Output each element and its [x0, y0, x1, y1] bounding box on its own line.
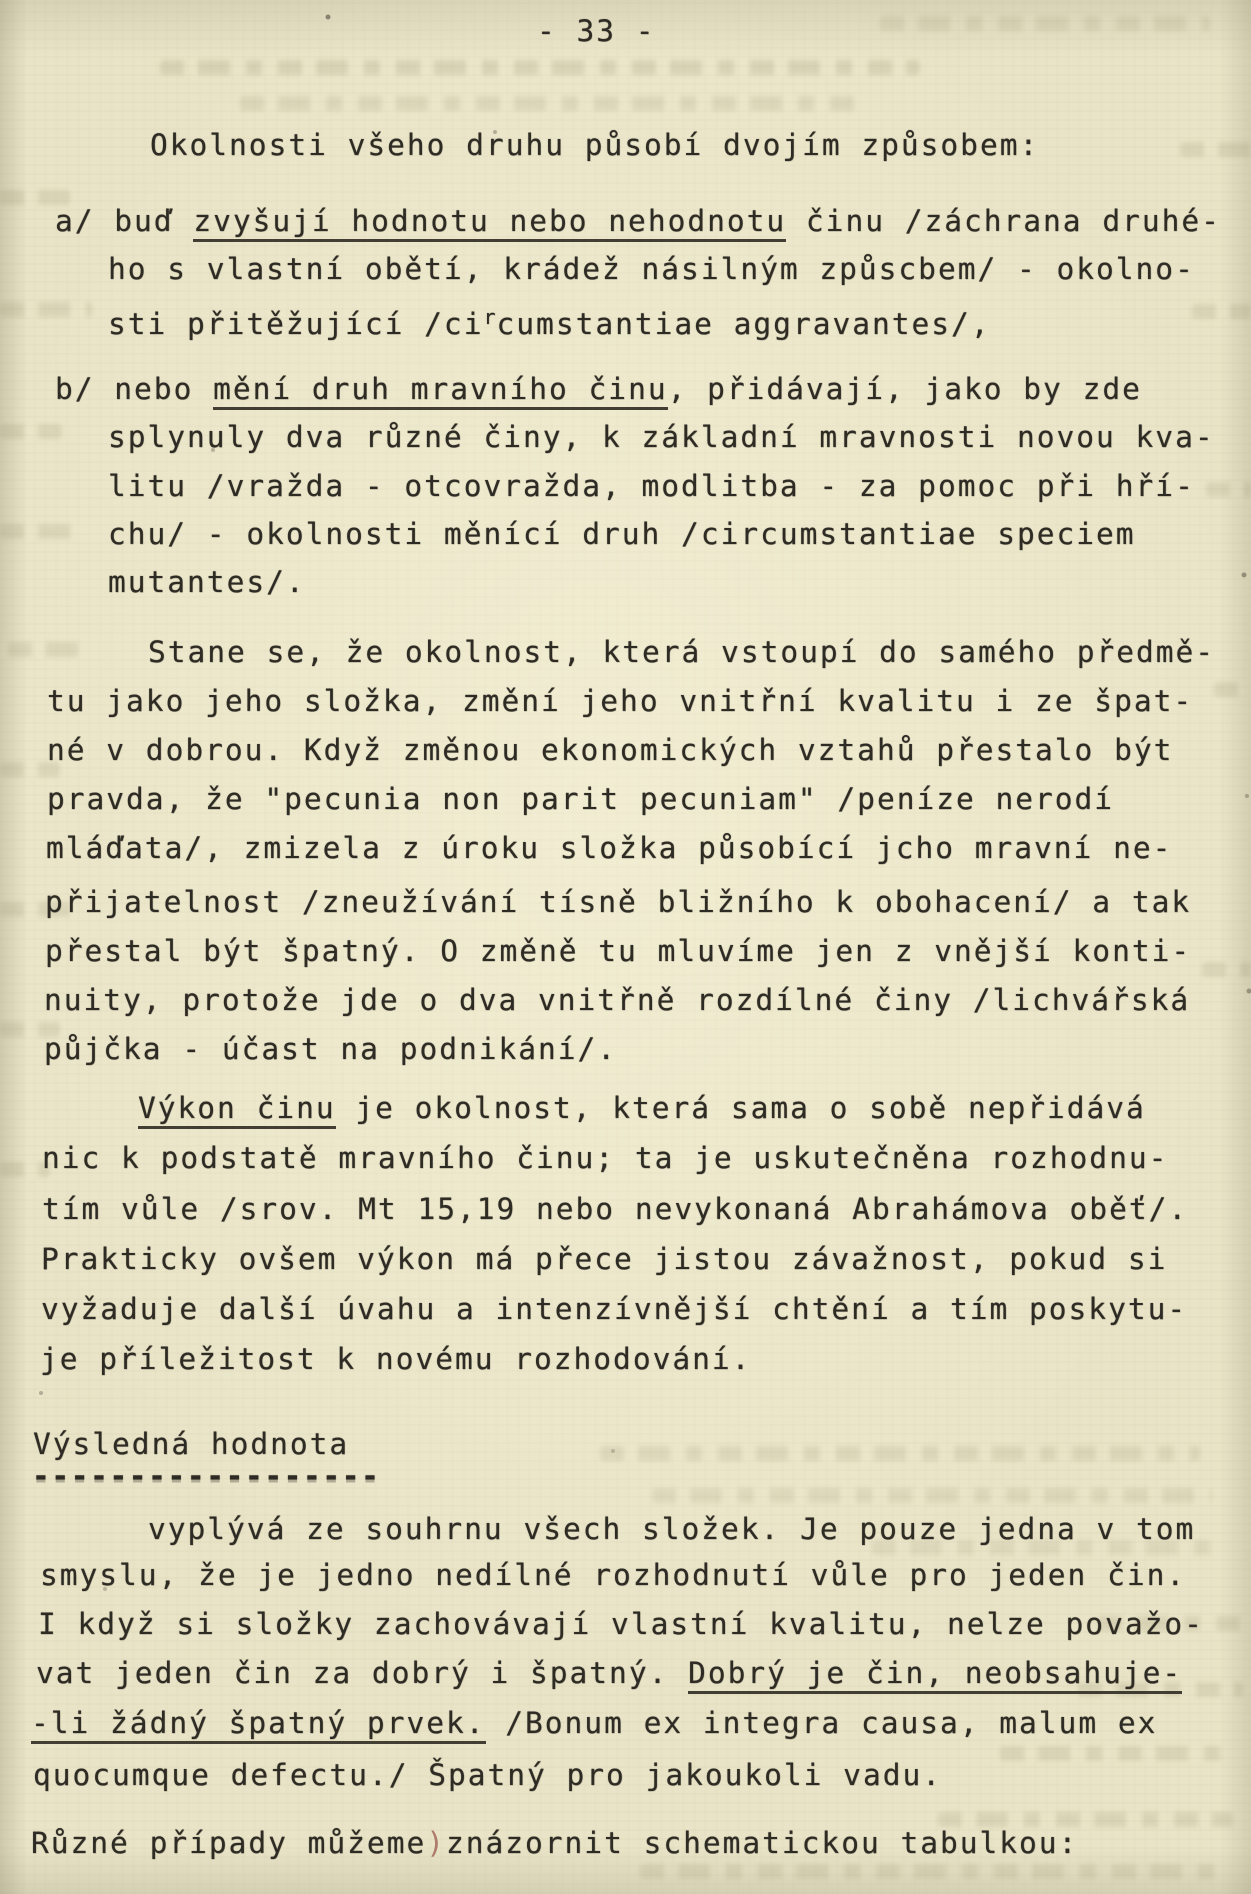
paragraph-1-line-1: Stane se, že okolnost, která vstoupí do …	[148, 635, 1215, 670]
paragraph-1-line-4: pravda, že "pecunia non parit pecuniam" …	[47, 782, 1114, 817]
list-item-a-line-2: ho s vlastní obětí, krádež násilným způs…	[108, 252, 1195, 287]
text-segment: pravda, že "pecunia non parit pecuniam" …	[47, 782, 1114, 816]
scanned-document-page: - 33 - Okolnosti všeho druhu působí dvoj…	[0, 0, 1251, 1894]
text-segment: Výsledná hodnota	[33, 1427, 349, 1461]
paragraph-2-line-1: Výkon činu je okolnost, která sama o sob…	[138, 1091, 1146, 1126]
text-segment: činu /záchrana druhé-	[786, 204, 1221, 238]
bleedthrough-smudge	[240, 96, 860, 111]
bleedthrough-smudge	[0, 524, 80, 539]
paragraph-1-line-8: nuity, protože jde o dva vnitřně rozdíln…	[44, 983, 1190, 1018]
bleedthrough-smudge	[1214, 682, 1251, 697]
text-segment: , přidávají, jako by zde	[668, 372, 1142, 406]
paragraph-1-line-2: tu jako jeho složka, změní jeho vnitřní …	[47, 684, 1193, 719]
paragraph-3-line-1: vyplývá ze souhrnu všech složek. Je pouz…	[148, 1512, 1195, 1547]
bleedthrough-smudge	[880, 16, 1210, 31]
bleedthrough-smudge	[8, 642, 78, 657]
text-segment: ------------------	[32, 1459, 381, 1493]
bleedthrough-smudge	[1180, 142, 1251, 157]
bleedthrough-smudge	[1202, 962, 1251, 977]
paragraph-2-line-5: vyžaduje další úvahu a intenzívnější cht…	[41, 1292, 1187, 1327]
text-segment: vyžaduje další úvahu a intenzívnější cht…	[41, 1292, 1187, 1326]
paragraph-1-line-9: půjčka - účast na podnikání/.	[44, 1032, 617, 1067]
text-segment: Dobrý je čin, neobsahuje-	[688, 1656, 1182, 1694]
bleedthrough-smudge	[1192, 304, 1251, 319]
text-segment: vyplývá ze souhrnu všech složek. Je pouz…	[148, 1512, 1195, 1546]
text-segment: Okolnosti všeho druhu působí dvojím způs…	[150, 128, 1039, 162]
paragraph-3-line-3: I když si složky zachovávají vlastní kva…	[38, 1607, 1204, 1642]
pen-mark: )	[426, 1826, 446, 1860]
paragraph-1-line-5: mláďata/, zmizela z úroku složka působíc…	[46, 831, 1172, 866]
paragraph-3-line-4: vat jeden čin za dobrý i špatný. Dobrý j…	[36, 1656, 1182, 1691]
section-heading: Výsledná hodnota	[33, 1427, 349, 1462]
text-segment: Prakticky ovšem výkon má přece jistou zá…	[41, 1242, 1167, 1276]
text-segment: litu /vražda - otcovražda, modlitba - za…	[108, 469, 1195, 503]
text-segment: ho s vlastní obětí, krádež násilným způs…	[108, 252, 1195, 286]
text-segment: a/ buď	[55, 204, 193, 238]
text-segment: mláďata/, zmizela z úroku složka působíc…	[46, 831, 1172, 865]
text-segment: Stane se, že okolnost, která vstoupí do …	[148, 635, 1215, 669]
text-segment: mutantes/.	[108, 565, 306, 599]
text-segment: mění druh mravního činu	[213, 372, 668, 410]
paragraph-1-line-7: přestal být špatný. O změně tu mluvíme j…	[45, 934, 1191, 969]
bleedthrough-smudge	[652, 1488, 1212, 1503]
paragraph-2-line-6: je příležitost k novému rozhodování.	[40, 1342, 751, 1377]
text-segment: splynuly dva různé činy, k základní mrav…	[108, 420, 1215, 454]
text-segment: Výkon činu	[138, 1091, 336, 1129]
text-segment: /Bonum ex integra causa, malum ex	[486, 1706, 1158, 1740]
paragraph-1-line-3: né v dobrou. Když změnou ekonomických vz…	[47, 733, 1173, 768]
paragraph-1-line-6: přijatelnost /zneužívání tísně bližního …	[45, 885, 1191, 920]
list-item-a-line-3: sti přitěžující /circumstantiae aggravan…	[108, 300, 991, 342]
bleedthrough-smudge	[938, 1812, 1233, 1827]
text-segment: zvyšují hodnotu nebo nehodnotu	[193, 204, 786, 242]
text-segment: půjčka - účast na podnikání/.	[44, 1032, 617, 1066]
text-segment: chu/ - okolnosti měnící druh /circumstan…	[108, 517, 1136, 551]
bleedthrough-smudge	[600, 1446, 1200, 1461]
list-item-b-line-1: b/ nebo mění druh mravního činu, přidáva…	[55, 372, 1142, 407]
text-segment: cumstantiae aggravantes/,	[497, 307, 991, 341]
paragraph-2-line-4: Prakticky ovšem výkon má přece jistou zá…	[41, 1242, 1167, 1277]
bleedthrough-smudge	[1000, 1746, 1235, 1761]
paragraph-2-line-3: tím vůle /srov. Mt 15,19 nebo nevykonaná…	[42, 1192, 1188, 1227]
bleedthrough-smudge	[0, 190, 70, 205]
text-segment: je okolnost, která sama o sobě nepřidává	[336, 1091, 1146, 1125]
text-segment: znázornit schematickou tabulkou:	[446, 1826, 1078, 1860]
paragraph-3-line-6: quocumque defectu./ Špatný pro jakoukoli…	[33, 1758, 942, 1793]
scan-noise-specks	[0, 0, 2, 2]
list-item-b-line-4: chu/ - okolnosti měnící druh /circumstan…	[108, 517, 1136, 552]
text-segment: tu jako jeho složka, změní jeho vnitřní …	[47, 684, 1193, 718]
paragraph-2-line-2: nic k podstatě mravního činu; ta je usku…	[42, 1141, 1168, 1176]
text-segment: je příležitost k novému rozhodování.	[40, 1342, 751, 1376]
bleedthrough-smudge	[160, 60, 920, 75]
text-segment: sti přitěžující /ci	[108, 307, 483, 341]
list-item-a-line-1: a/ buď zvyšují hodnotu nebo nehodnotu či…	[55, 204, 1221, 239]
text-segment: -li žádný špatný prvek.	[31, 1706, 486, 1744]
text-segment: tím vůle /srov. Mt 15,19 nebo nevykonaná…	[42, 1192, 1188, 1226]
page-number: - 33 -	[537, 14, 656, 49]
paragraph-3-line-5: -li žádný špatný prvek. /Bonum ex integr…	[31, 1706, 1157, 1741]
bleedthrough-smudge	[0, 424, 62, 439]
text-segment: r	[483, 305, 496, 329]
closing-line: Různé případy můžeme)znázornit schematic…	[31, 1826, 1078, 1861]
text-segment: přestal být špatný. O změně tu mluvíme j…	[45, 934, 1191, 968]
text-segment: Různé případy můžeme	[31, 1826, 426, 1860]
text-segment: vat jeden čin za dobrý i špatný.	[36, 1656, 688, 1690]
bleedthrough-smudge	[0, 302, 92, 317]
text-segment: I když si složky zachovávají vlastní kva…	[38, 1607, 1204, 1641]
bleedthrough-smudge	[1206, 482, 1251, 497]
paragraph-3-line-2: smyslu, že je jedno nedílné rozhodnutí v…	[40, 1558, 1186, 1593]
text-segment: quocumque defectu./ Špatný pro jakoukoli…	[33, 1758, 942, 1792]
text-segment: nic k podstatě mravního činu; ta je usku…	[42, 1141, 1168, 1175]
list-item-b-line-3: litu /vražda - otcovražda, modlitba - za…	[108, 469, 1195, 504]
list-item-b-line-2: splynuly dva různé činy, k základní mrav…	[108, 420, 1215, 455]
text-segment: né v dobrou. Když změnou ekonomických vz…	[47, 733, 1173, 767]
list-item-b-line-5: mutantes/.	[108, 565, 306, 600]
text-segment: přijatelnost /zneužívání tísně bližního …	[45, 885, 1191, 919]
heading-underline: ------------------	[32, 1459, 381, 1494]
text-segment: smyslu, že je jedno nedílné rozhodnutí v…	[40, 1558, 1186, 1592]
intro-line: Okolnosti všeho druhu působí dvojím způs…	[150, 128, 1039, 163]
text-segment: b/ nebo	[55, 372, 213, 406]
bleedthrough-smudge	[640, 1864, 1220, 1879]
text-segment: nuity, protože jde o dva vnitřně rozdíln…	[44, 983, 1190, 1017]
